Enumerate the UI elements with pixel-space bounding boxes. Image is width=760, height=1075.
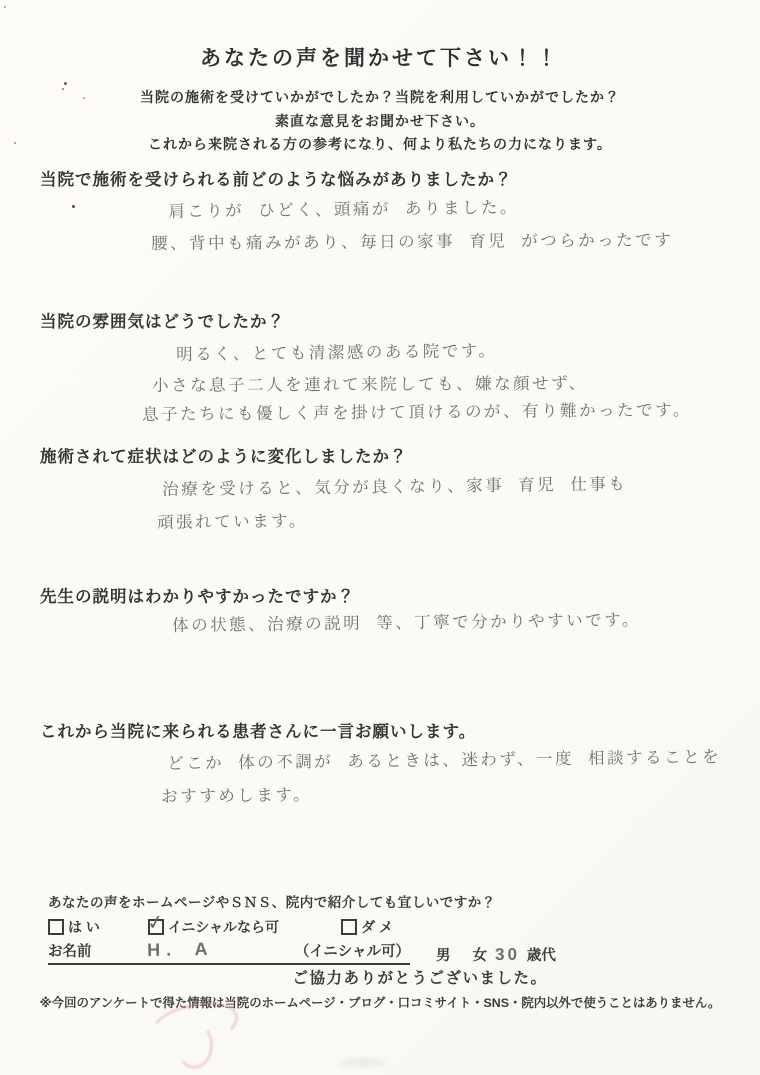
age-suffix-label: 歳代 <box>527 944 556 965</box>
question-5-answer-line-1: どこか 体の不調が あるときは、迷わず、一度 相談することを <box>167 743 721 774</box>
name-row: お名前 H. A （イニシャル可） 男 女 30 歳代 <box>48 940 556 965</box>
question-3-answer-line-2: 頑張れています。 <box>157 507 308 533</box>
checkbox-initials-ok: ✓ <box>148 919 164 935</box>
question-2-answer-line-1: 明るく、とても清潔感のある院です。 <box>176 337 498 365</box>
checkbox-initials-ok-label: イニシャルなら可 <box>168 917 279 937</box>
intro-line-3: これから来院される方の参考になり、何より私たちの力になります。 <box>0 134 760 154</box>
question-3-label: 施術されて症状はどのように変化しましたか？ <box>40 443 408 467</box>
footnote: ※今回のアンケートで得た情報は当院のホームページ・ブログ・口コミサイト・SNS・… <box>0 993 760 1011</box>
paper-speck <box>72 205 75 208</box>
question-4-answer-line-1: 体の状態、治療の説明 等、丁寧で分かりやすいです。 <box>172 606 641 636</box>
checkbox-yes <box>48 919 64 935</box>
intro-line-2: 素直な意見をお聞かせ下さい。 <box>0 111 760 131</box>
checkbox-no <box>341 919 357 935</box>
question-2-answer-line-3: 息子たちにも優しく声を掛けて頂けるのが、有り難かったです。 <box>142 396 692 425</box>
question-4-label: 先生の説明はわかりやすかったですか？ <box>40 583 355 607</box>
question-5-answer-line-2: おすすめします。 <box>161 781 312 807</box>
question-1-answer-line-2: 腰、背中も痛みがあり、毎日の家事 育児 がつらかったです <box>151 226 673 254</box>
consent-options-row: は い ✓ イニシャルなら可 ダ メ <box>48 917 393 937</box>
name-label: お名前 <box>48 940 92 961</box>
paper-speck <box>4 6 6 8</box>
questionnaire-sheet: あなたの声を聞かせて下さい！！ 当院の施術を受けていかがでしたか？当院を利用して… <box>0 0 760 1075</box>
gender-male-label: 男 <box>436 944 451 965</box>
name-value-handwritten: H. A <box>147 939 214 961</box>
paper-speck <box>14 142 16 144</box>
paper-speck <box>372 148 374 150</box>
question-3-answer-line-1: 治療を受けると、気分が良くなり、家事 育児 仕事も <box>162 470 627 500</box>
checkbox-yes-label: は い <box>68 917 100 937</box>
consent-question: あなたの声をホームページやＳＮＳ、院内で紹介しても宜しいですか？ <box>48 891 496 911</box>
question-2-label: 当院の雰囲気はどうでしたか？ <box>40 308 285 332</box>
name-line: お名前 H. A （イニシャル可） <box>48 940 410 965</box>
name-note: （イニシャル可） <box>295 940 410 961</box>
question-1-label: 当院で施術を受けられる前どのような悩みがありましたか？ <box>40 166 513 190</box>
thanks-line: ご協力ありがとうございました。 <box>0 966 760 988</box>
paper-speck <box>62 88 64 90</box>
question-2-answer-line-2: 小さな息子二人を連れて来院しても、嫌な顔せず、 <box>152 370 588 396</box>
paper-speck <box>83 97 85 99</box>
checkbox-no-label: ダ メ <box>361 917 393 937</box>
gray-smudge <box>340 1058 386 1067</box>
paper-speck <box>64 82 67 85</box>
page-title: あなたの声を聞かせて下さい！！ <box>0 42 760 72</box>
intro-line-1: 当院の施術を受けていかがでしたか？当院を利用していかがでしたか？ <box>0 87 760 107</box>
age-value-handwritten: 30 <box>495 945 520 965</box>
question-1-answer-line-1: 肩こりが ひどく、頭痛が ありました。 <box>168 194 519 222</box>
handwritten-check-icon: ✓ <box>145 909 166 936</box>
gender-female-label: 女 <box>473 944 488 965</box>
question-5-label: これから当院に来られる患者さんに一言お願いします。 <box>40 718 476 742</box>
